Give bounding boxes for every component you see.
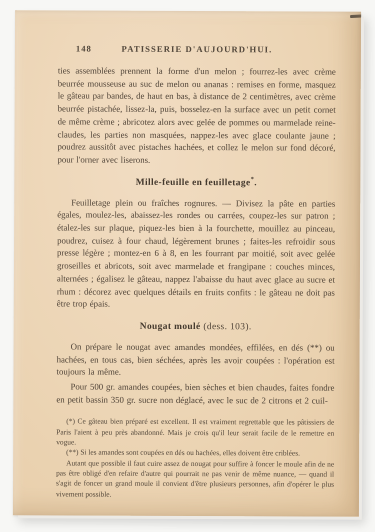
scanner-background: 148 PATISSERIE D'AUJOURD'HUI. ties assem… bbox=[0, 0, 375, 532]
footnotes-block: (*) Ce gâteau bien préparé est excellent… bbox=[56, 417, 334, 501]
body-paragraph-nougat-1: On prépare le nougat avec amandes mondée… bbox=[56, 340, 334, 379]
page-number: 148 bbox=[76, 44, 92, 54]
section-heading-millefeuille: Mille-feuille en feuilletage*. bbox=[57, 176, 335, 189]
running-title: PATISSERIE D'AUJOURD'HUI. bbox=[58, 43, 336, 54]
heading-period: . bbox=[254, 178, 257, 188]
book-page: 148 PATISSERIE D'AUJOURD'HUI. ties assem… bbox=[13, 10, 361, 517]
footnote: (**) Si les amandes sont coupées en dés … bbox=[56, 448, 334, 460]
footnote: (*) Ce gâteau bien préparé est excellent… bbox=[56, 417, 334, 449]
body-paragraph-nougat-2: Pour 500 gr. amandes coupées, bien sèche… bbox=[56, 380, 334, 407]
heading-reference: (dess. 103). bbox=[201, 322, 252, 332]
body-paragraph-millefeuille: Feuilletage plein ou fraîches rognures. … bbox=[57, 196, 335, 312]
running-head: 148 PATISSERIE D'AUJOURD'HUI. bbox=[58, 43, 336, 57]
section-heading-nougat: Nougat moulé (dess. 103). bbox=[57, 320, 335, 333]
footnote: Autant que possible il faut cuire assez … bbox=[56, 458, 334, 500]
heading-text: Mille-feuille en feuilletage bbox=[136, 177, 251, 188]
page-content: 148 PATISSERIE D'AUJOURD'HUI. ties assem… bbox=[13, 10, 361, 500]
body-paragraph-melon: ties assemblées prennent la forme d'un m… bbox=[57, 64, 335, 167]
heading-text: Nougat moulé bbox=[140, 322, 201, 332]
